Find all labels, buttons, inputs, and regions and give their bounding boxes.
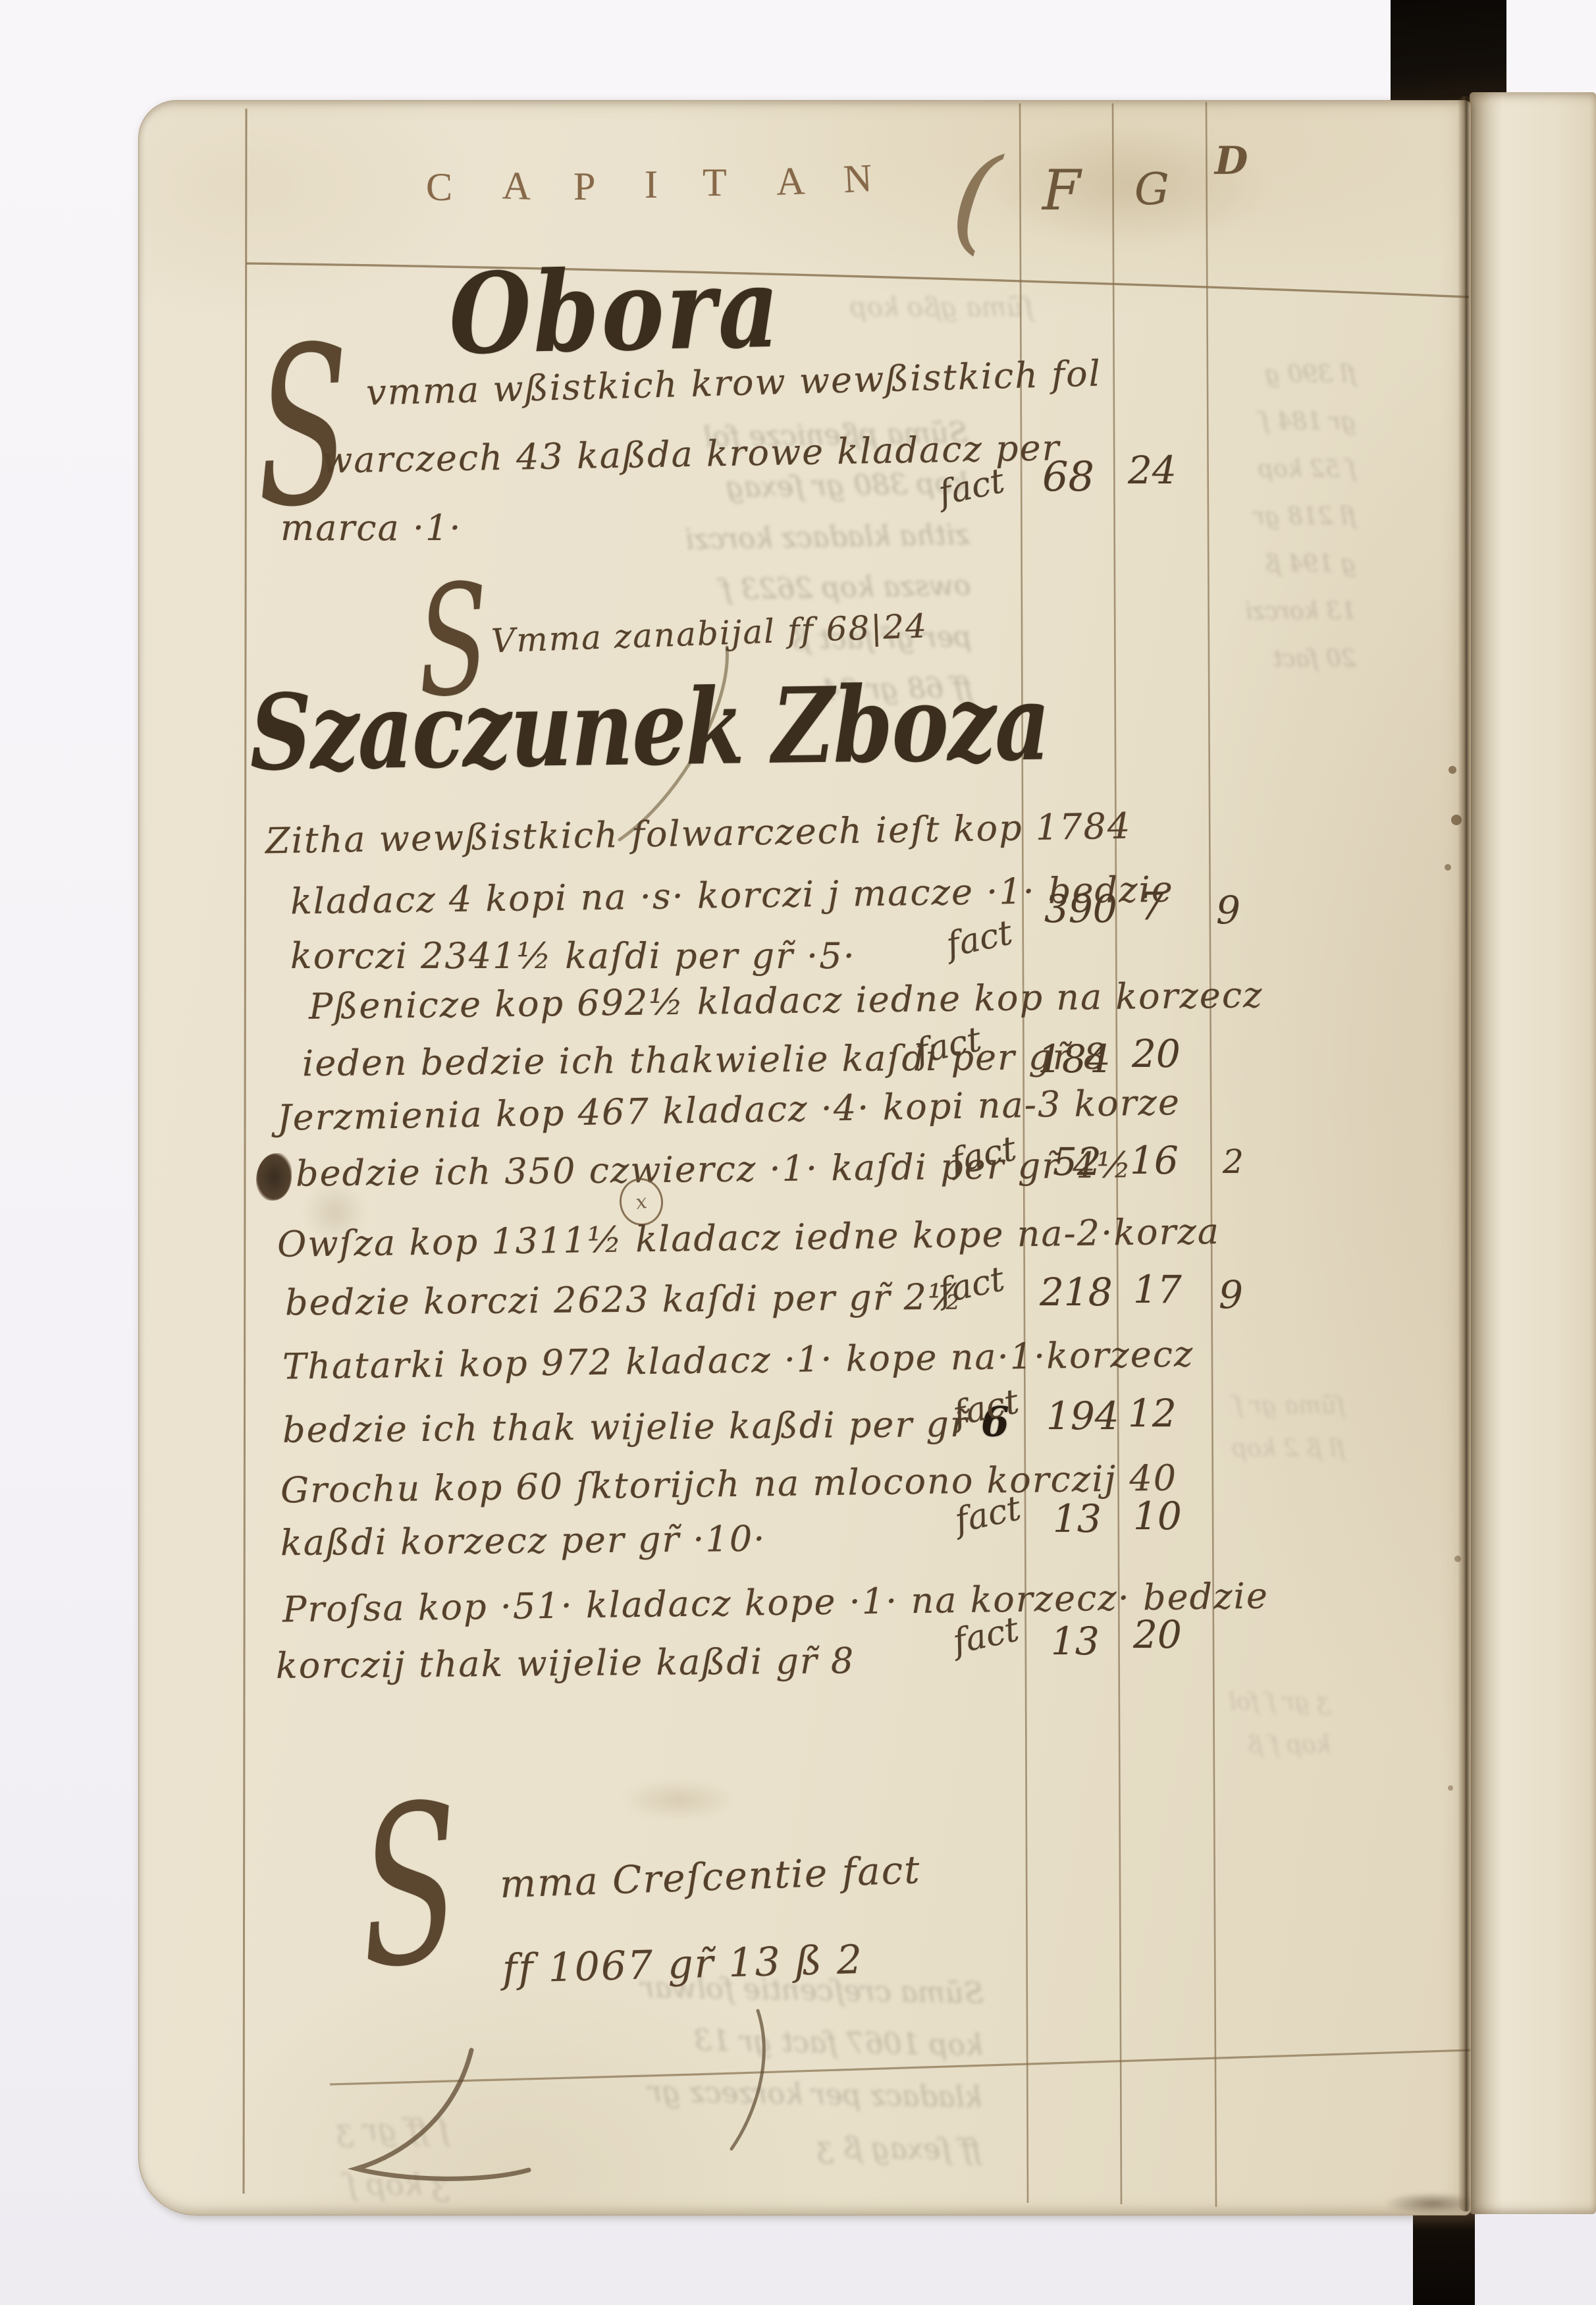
amount-groschen: 10 [1133,1497,1182,1535]
amount-denars: 9 [1219,1276,1243,1314]
swash-initial: S [255,327,352,528]
running-head-letter: C [426,167,452,207]
manuscript-scan: ſũma gßo kop Sũma pßenicze fol kop 380 g… [0,0,1596,2305]
entry-line: kaßdi korzecz per gr̃ ·10· [280,1521,766,1561]
section-title-szaczunek: Szaczunek Zboza [250,671,1050,785]
amount-florins: 68 [1042,456,1094,497]
folio-mark: D [1215,142,1248,180]
entry-line-text: bedzie ich thak wijelie kaßdi per gr̃ [282,1403,981,1451]
amount-groschen: 7 [1140,887,1164,925]
entry-line: korczij thak wijelie kaßdi gr̃ 8 [276,1643,855,1684]
section-title-obora: Obora [448,252,782,369]
adjacent-page-edge [1470,92,1596,2214]
running-head-letter: P [573,167,595,206]
amount-florins: 390 [1044,890,1117,928]
amount-florins: 184 [1038,1040,1111,1078]
column-letter-f: F [1042,163,1080,218]
amount-groschen: 24 [1128,451,1177,489]
running-head-letter: A [776,161,805,201]
correction-glyph: x [634,1189,649,1214]
swash-initial: S [356,1784,464,1990]
grand-total-line2: ff 1067 gr̃ 13 ß 2 [502,1940,864,1989]
entry-line: bedzie ich thak wijelie kaßdi per gr̃ 6 [282,1401,1011,1449]
amount-florins: 13 [1053,1500,1102,1538]
running-head-letter: A [502,165,531,205]
amount-denars: 2 [1223,1145,1244,1178]
amount-groschen: 17 [1133,1270,1182,1309]
bookmark-ribbon-bottom [1413,2209,1475,2305]
amount-florins: 194 [1046,1397,1119,1435]
running-head-letter: N [842,158,872,199]
entry-line: korczi 2341½ kaſdi per gr̃ ·5· [290,938,856,974]
amount-florins: 218 [1040,1273,1113,1311]
entry-line: bedzie korczi 2623 kaſdi per gr̃ 2½ [285,1280,964,1321]
amount-florins: 13 [1051,1622,1100,1660]
cattle-summary-line3: marca ·1· [280,510,462,546]
amount-groschen: 20 [1132,1035,1181,1073]
running-head-letter: I [645,165,658,204]
column-letter-g: G [1134,168,1169,211]
amount-florins: 52 [1053,1143,1102,1181]
binding-crease [1458,96,1474,2211]
running-head-letter: T [703,163,727,202]
amount-groschen: 16 [1130,1141,1179,1180]
amount-denars: 9 [1216,891,1240,929]
amount-groschen: 12 [1128,1394,1177,1432]
amount-groschen: 20 [1133,1615,1182,1654]
entry-line: ieden bedzie ich thakwielie kaſdi per gr… [302,1039,1107,1082]
manuscript-page: ſũma gßo kop Sũma pßenicze fol kop 380 g… [138,100,1471,2215]
